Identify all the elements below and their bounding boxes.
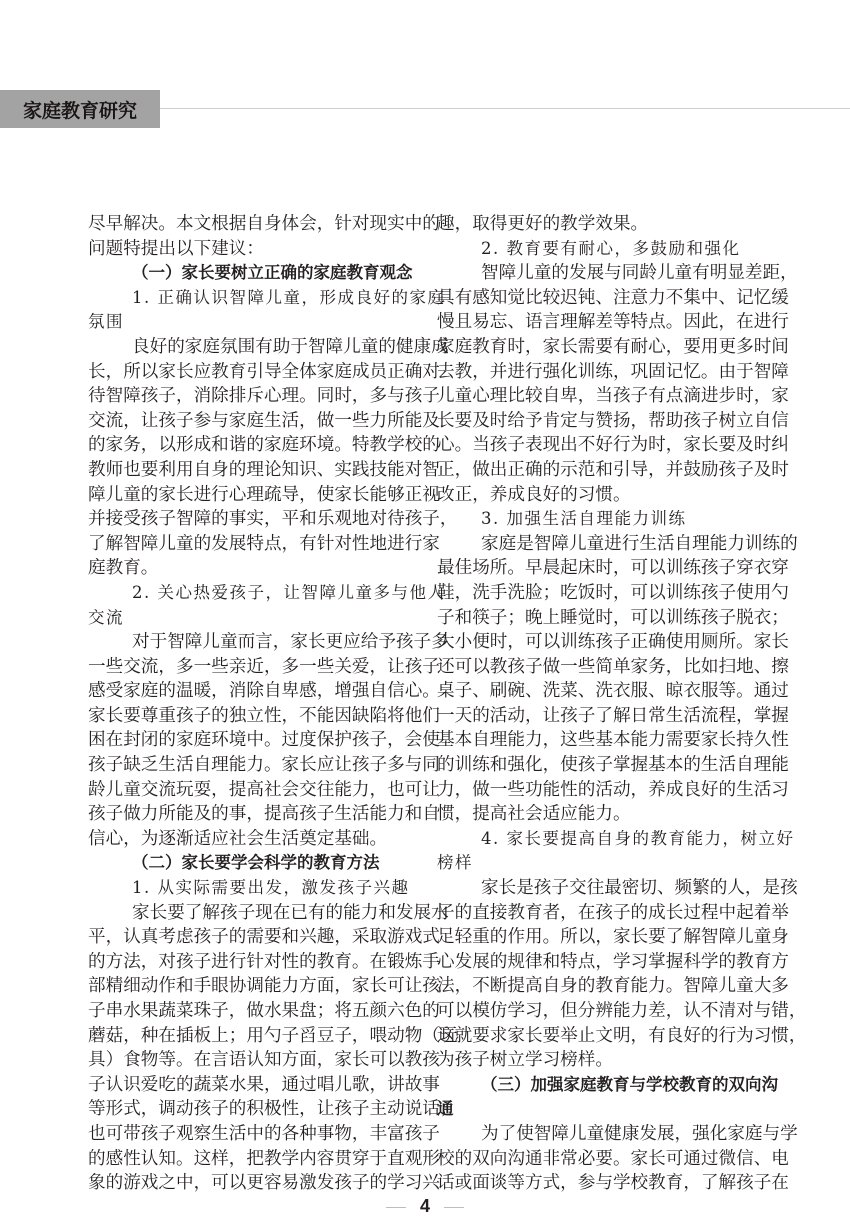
text-line: 教师也要利用自身的理论知识、实践技能对智 [88,458,412,483]
subsection-heading-line: 交流 [88,606,412,631]
text-line: 对于智障儿童而言，家长更应给予孩子多 [88,630,412,655]
header-divider [160,108,850,109]
subsection-heading-line: 榜样 [437,851,751,876]
text-line: 儿童心理比较自卑，当孩子有点滴进步时，家 [437,384,751,409]
text-line: 趣，取得更好的教学效果。 [437,212,751,237]
text-line: 家长是孩子交往最密切、频繁的人，是孩 [437,876,751,901]
text-line: 孩子缺乏生活自理能力。家长应让孩子多与同 [88,753,412,778]
text-line: 孩子做力所能及的事，提高孩子生活能力和自 [88,802,412,827]
text-line: 心。当孩子表现出不好行为时，家长要及时纠 [437,433,751,458]
text-line: 家长要了解孩子现在已有的能力和发展水 [88,901,412,926]
text-line: 待智障孩子，消除排斥心理。同时，多与孩子 [88,384,412,409]
text-line: 去教，并进行强化训练，巩固记忆。由于智障 [437,360,751,385]
text-line: 蘑菇，种在插板上；用勺子舀豆子，喂动物（玩 [88,1024,412,1049]
section-title: 家庭教育研究 [23,96,137,123]
text-line: 子和筷子；晚上睡觉时，可以训练孩子脱衣； [437,606,751,631]
text-line: 鞋，洗手洗脸；吃饭时，可以训练孩子使用勺 [437,581,751,606]
subsection-heading-line: 1. 从实际需要出发，激发孩子兴趣 [88,876,412,901]
text-line: 感受家庭的温暖，消除自卑感，增强自信心。 [88,679,412,704]
subsection-heading-line: 3. 加强生活自理能力训练 [437,507,751,532]
text-line: 家庭教育时，家长需要有耐心，要用更多时间 [437,335,751,360]
text-line: 龄儿童交流玩耍，提高社会交往能力，也可让 [88,778,412,803]
text-line: 慢且易忘、语言理解差等特点。因此，在进行 [437,310,751,335]
text-line: 困在封闭的家庭环境中。过度保护孩子，会使 [88,728,412,753]
text-line: 也可带孩子观察生活中的各种事物，丰富孩子 [88,1122,412,1147]
text-line: 子的直接教育者，在孩子的成长过程中起着举 [437,901,751,926]
text-line: 改正，养成良好的习惯。 [437,483,751,508]
text-line: 庭教育。 [88,556,412,581]
text-line: 信心，为逐渐适应社会生活奠定基础。 [88,827,412,852]
text-line: 惯，提高社会适应能力。 [437,802,751,827]
text-line: 足轻重的作用。所以，家长要了解智障儿童身 [437,925,751,950]
text-line: 子认识爱吃的蔬菜水果，通过唱儿歌，讲故事 [88,1073,412,1098]
subsection-heading-line: 2. 关心热爱孩子，让智障儿童多与他人 [88,581,412,606]
text-line: 可以模仿学习，但分辨能力差，认不清对与错， [437,999,751,1024]
text-line: 这就要求家长要举止文明，有良好的行为习惯， [437,1024,751,1049]
text-line: 一些交流，多一些亲近，多一些关爱，让孩子 [88,655,412,680]
text-line: 力，做一些功能性的活动，养成良好的生活习 [437,778,751,803]
right-column: 趣，取得更好的教学效果。2. 教育要有耐心，多鼓励和强化智障儿童的发展与同龄儿童… [437,212,751,1196]
text-line: 具）食物等。在言语认知方面，家长可以教孩 [88,1048,412,1073]
subsection-heading-line: 2. 教育要有耐心，多鼓励和强化 [437,237,751,262]
text-line: 为了使智障儿童健康发展，强化家庭与学 [437,1122,751,1147]
text-line: 问题特提出以下建议： [88,237,412,262]
text-line: 智障儿童的发展与同龄儿童有明显差距， [437,261,751,286]
text-line: 了解智障儿童的发展特点，有针对性地进行家 [88,532,412,557]
text-line: 的家务，以形成和谐的家庭环境。特教学校的 [88,433,412,458]
text-line: 一天的活动，让孩子了解日常生活流程，掌握 [437,704,751,729]
text-line: 大小便时，可以训练孩子正确使用厕所。家长 [437,630,751,655]
text-line: 心发展的规律和特点，学习掌握科学的教育方 [437,950,751,975]
text-line: 最佳场所。早晨起床时，可以训练孩子穿衣穿 [437,556,751,581]
section-header-box: 家庭教育研究 [0,90,160,128]
text-line: 为孩子树立学习榜样。 [437,1048,751,1073]
section-heading-line: （三）加强家庭教育与学校教育的双向沟 [437,1073,751,1098]
text-line: 长要及时给予肯定与赞扬，帮助孩子树立自信 [437,409,751,434]
text-line: 正，做出正确的示范和引导，并鼓励孩子及时 [437,458,751,483]
text-line: 具有感知觉比较迟钝、注意力不集中、记忆缓 [437,286,751,311]
text-line: 家长要尊重孩子的独立性，不能因缺陷将他们 [88,704,412,729]
text-line: 家庭是智障儿童进行生活自理能力训练的 [437,532,751,557]
text-line: 平，认真考虑孩子的需要和兴趣，采取游戏式 [88,925,412,950]
text-line: 基本自理能力，这些基本能力需要家长持久性 [437,728,751,753]
text-line: 桌子、刷碗、洗菜、洗衣服、晾衣服等。通过 [437,679,751,704]
text-line: 部精细动作和手眼协调能力方面，家长可让孩 [88,974,412,999]
text-line: 良好的家庭氛围有助于智障儿童的健康成 [88,335,412,360]
page-number: 4 [420,1196,430,1216]
text-line: 的方法，对孩子进行针对性的教育。在锻炼手 [88,950,412,975]
section-heading-line: 通 [437,1097,751,1122]
subsection-heading-line: 氛围 [88,310,412,335]
text-line: 等形式，调动孩子的积极性，让孩子主动说话； [88,1097,412,1122]
text-line: 的感性认知。这样，把教学内容贯穿于直观形 [88,1147,412,1172]
text-line: 象的游戏之中，可以更容易激发孩子的学习兴 [88,1171,412,1196]
page-footer: 4 [0,1196,850,1217]
left-column: 尽早解决。本文根据自身体会，针对现实中的问题特提出以下建议：（一）家长要树立正确… [88,212,412,1196]
text-line: 校的双向沟通非常必要。家长可通过微信、电 [437,1147,751,1172]
subsection-heading-line: 4. 家长要提高自身的教育能力，树立好 [437,827,751,852]
section-heading-line: （二）家长要学会科学的教育方法 [88,851,412,876]
text-line: 障儿童的家长进行心理疏导，使家长能够正视 [88,483,412,508]
text-line: 并接受孩子智障的事实，平和乐观地对待孩子， [88,507,412,532]
text-line: 还可以教孩子做一些简单家务，比如扫地、擦 [437,655,751,680]
footer-dash-right [444,1207,464,1208]
text-line: 交流，让孩子参与家庭生活，做一些力所能及 [88,409,412,434]
text-line: 尽早解决。本文根据自身体会，针对现实中的 [88,212,412,237]
text-line: 子串水果蔬菜珠子，做水果盘；将五颜六色的 [88,999,412,1024]
text-line: 法，不断提高自身的教育能力。智障儿童大多 [437,974,751,999]
text-line: 的训练和强化，使孩子掌握基本的生活自理能 [437,753,751,778]
text-line: 长，所以家长应教育引导全体家庭成员正确对 [88,360,412,385]
subsection-heading-line: 1. 正确认识智障儿童，形成良好的家庭 [88,286,412,311]
section-heading-line: （一）家长要树立正确的家庭教育观念 [88,261,412,286]
text-line: 话或面谈等方式，参与学校教育，了解孩子在 [437,1171,751,1196]
footer-dash-left [386,1207,406,1208]
